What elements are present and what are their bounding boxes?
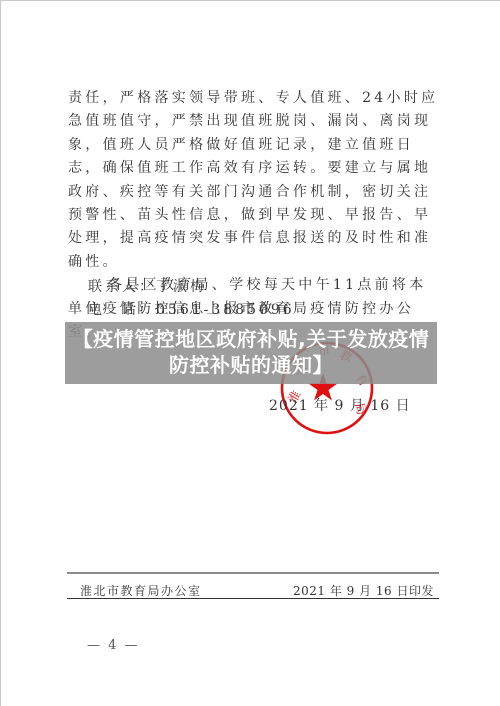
paragraph-duty: 责任，严格落实领导带班、专人值班、24小时应急值班值守，严禁出现值班脱岗、漏岗、… bbox=[68, 87, 440, 274]
signature-date: 2021 年 9 月 16 日 bbox=[269, 395, 411, 415]
contact-person: 联系人：丁淑梅 bbox=[88, 276, 207, 296]
footer-divider-bottom bbox=[67, 598, 439, 599]
overlay-title-banner: 【疫情管控地区政府补贴,关于发放疫情防控补贴的通知】 bbox=[65, 322, 437, 384]
page-number: — 4 — bbox=[87, 638, 140, 653]
contact-person-name: 丁淑梅 bbox=[156, 279, 207, 295]
contact-phone: 电 话：0561-3885096 bbox=[88, 299, 295, 319]
contact-phone-label: 电 话： bbox=[88, 302, 156, 318]
footer-divider-top bbox=[67, 572, 439, 574]
contact-phone-number: 0561-3885096 bbox=[156, 302, 295, 318]
document-page: 责任，严格落实领导带班、专人值班、24小时应急值班值守，严禁出现值班脱岗、漏岗、… bbox=[0, 0, 500, 706]
footer-issuer: 淮北市教育局办公室 bbox=[80, 582, 202, 599]
contact-person-label: 联系人： bbox=[88, 279, 156, 295]
footer-issue-date: 2021 年 9 月 16 日印发 bbox=[293, 582, 434, 599]
